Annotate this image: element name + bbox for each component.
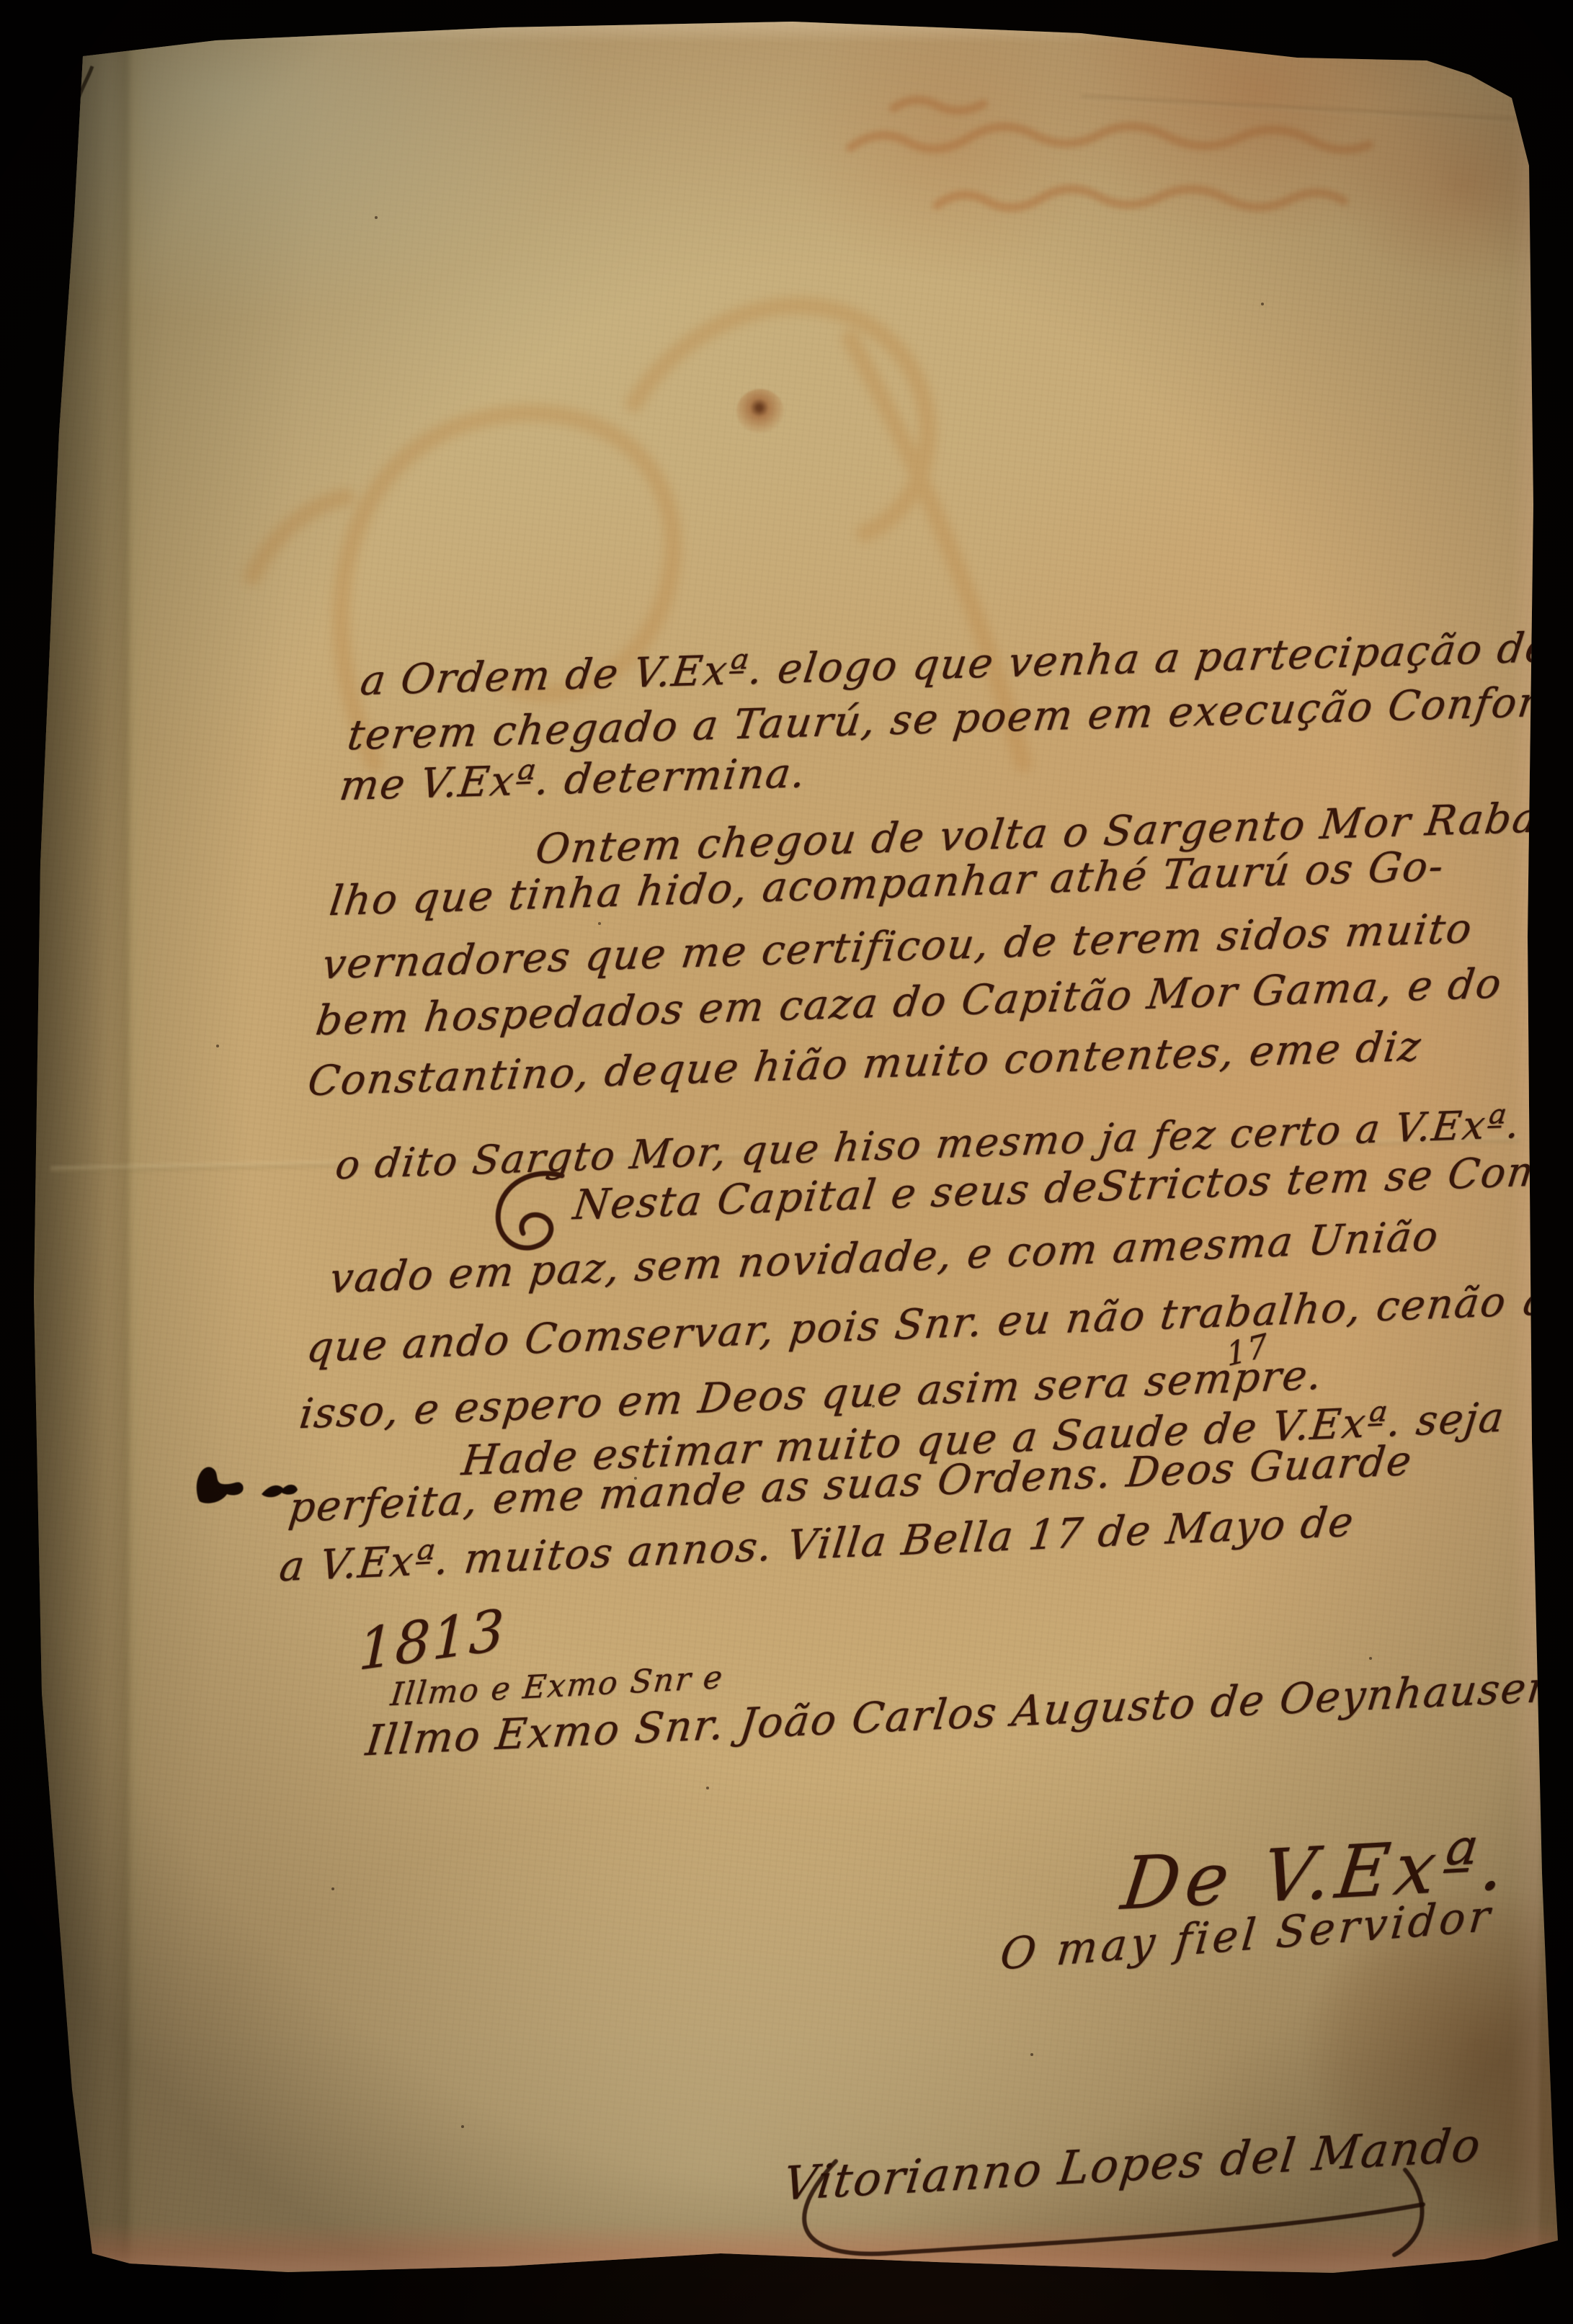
manuscript-photo-scene: a Ordem de V.Exª. elogo que venha a part… xyxy=(0,0,1573,2324)
manuscript-paper: a Ordem de V.Exª. elogo que venha a part… xyxy=(0,0,1573,2324)
signature-flourish xyxy=(0,0,1573,2324)
